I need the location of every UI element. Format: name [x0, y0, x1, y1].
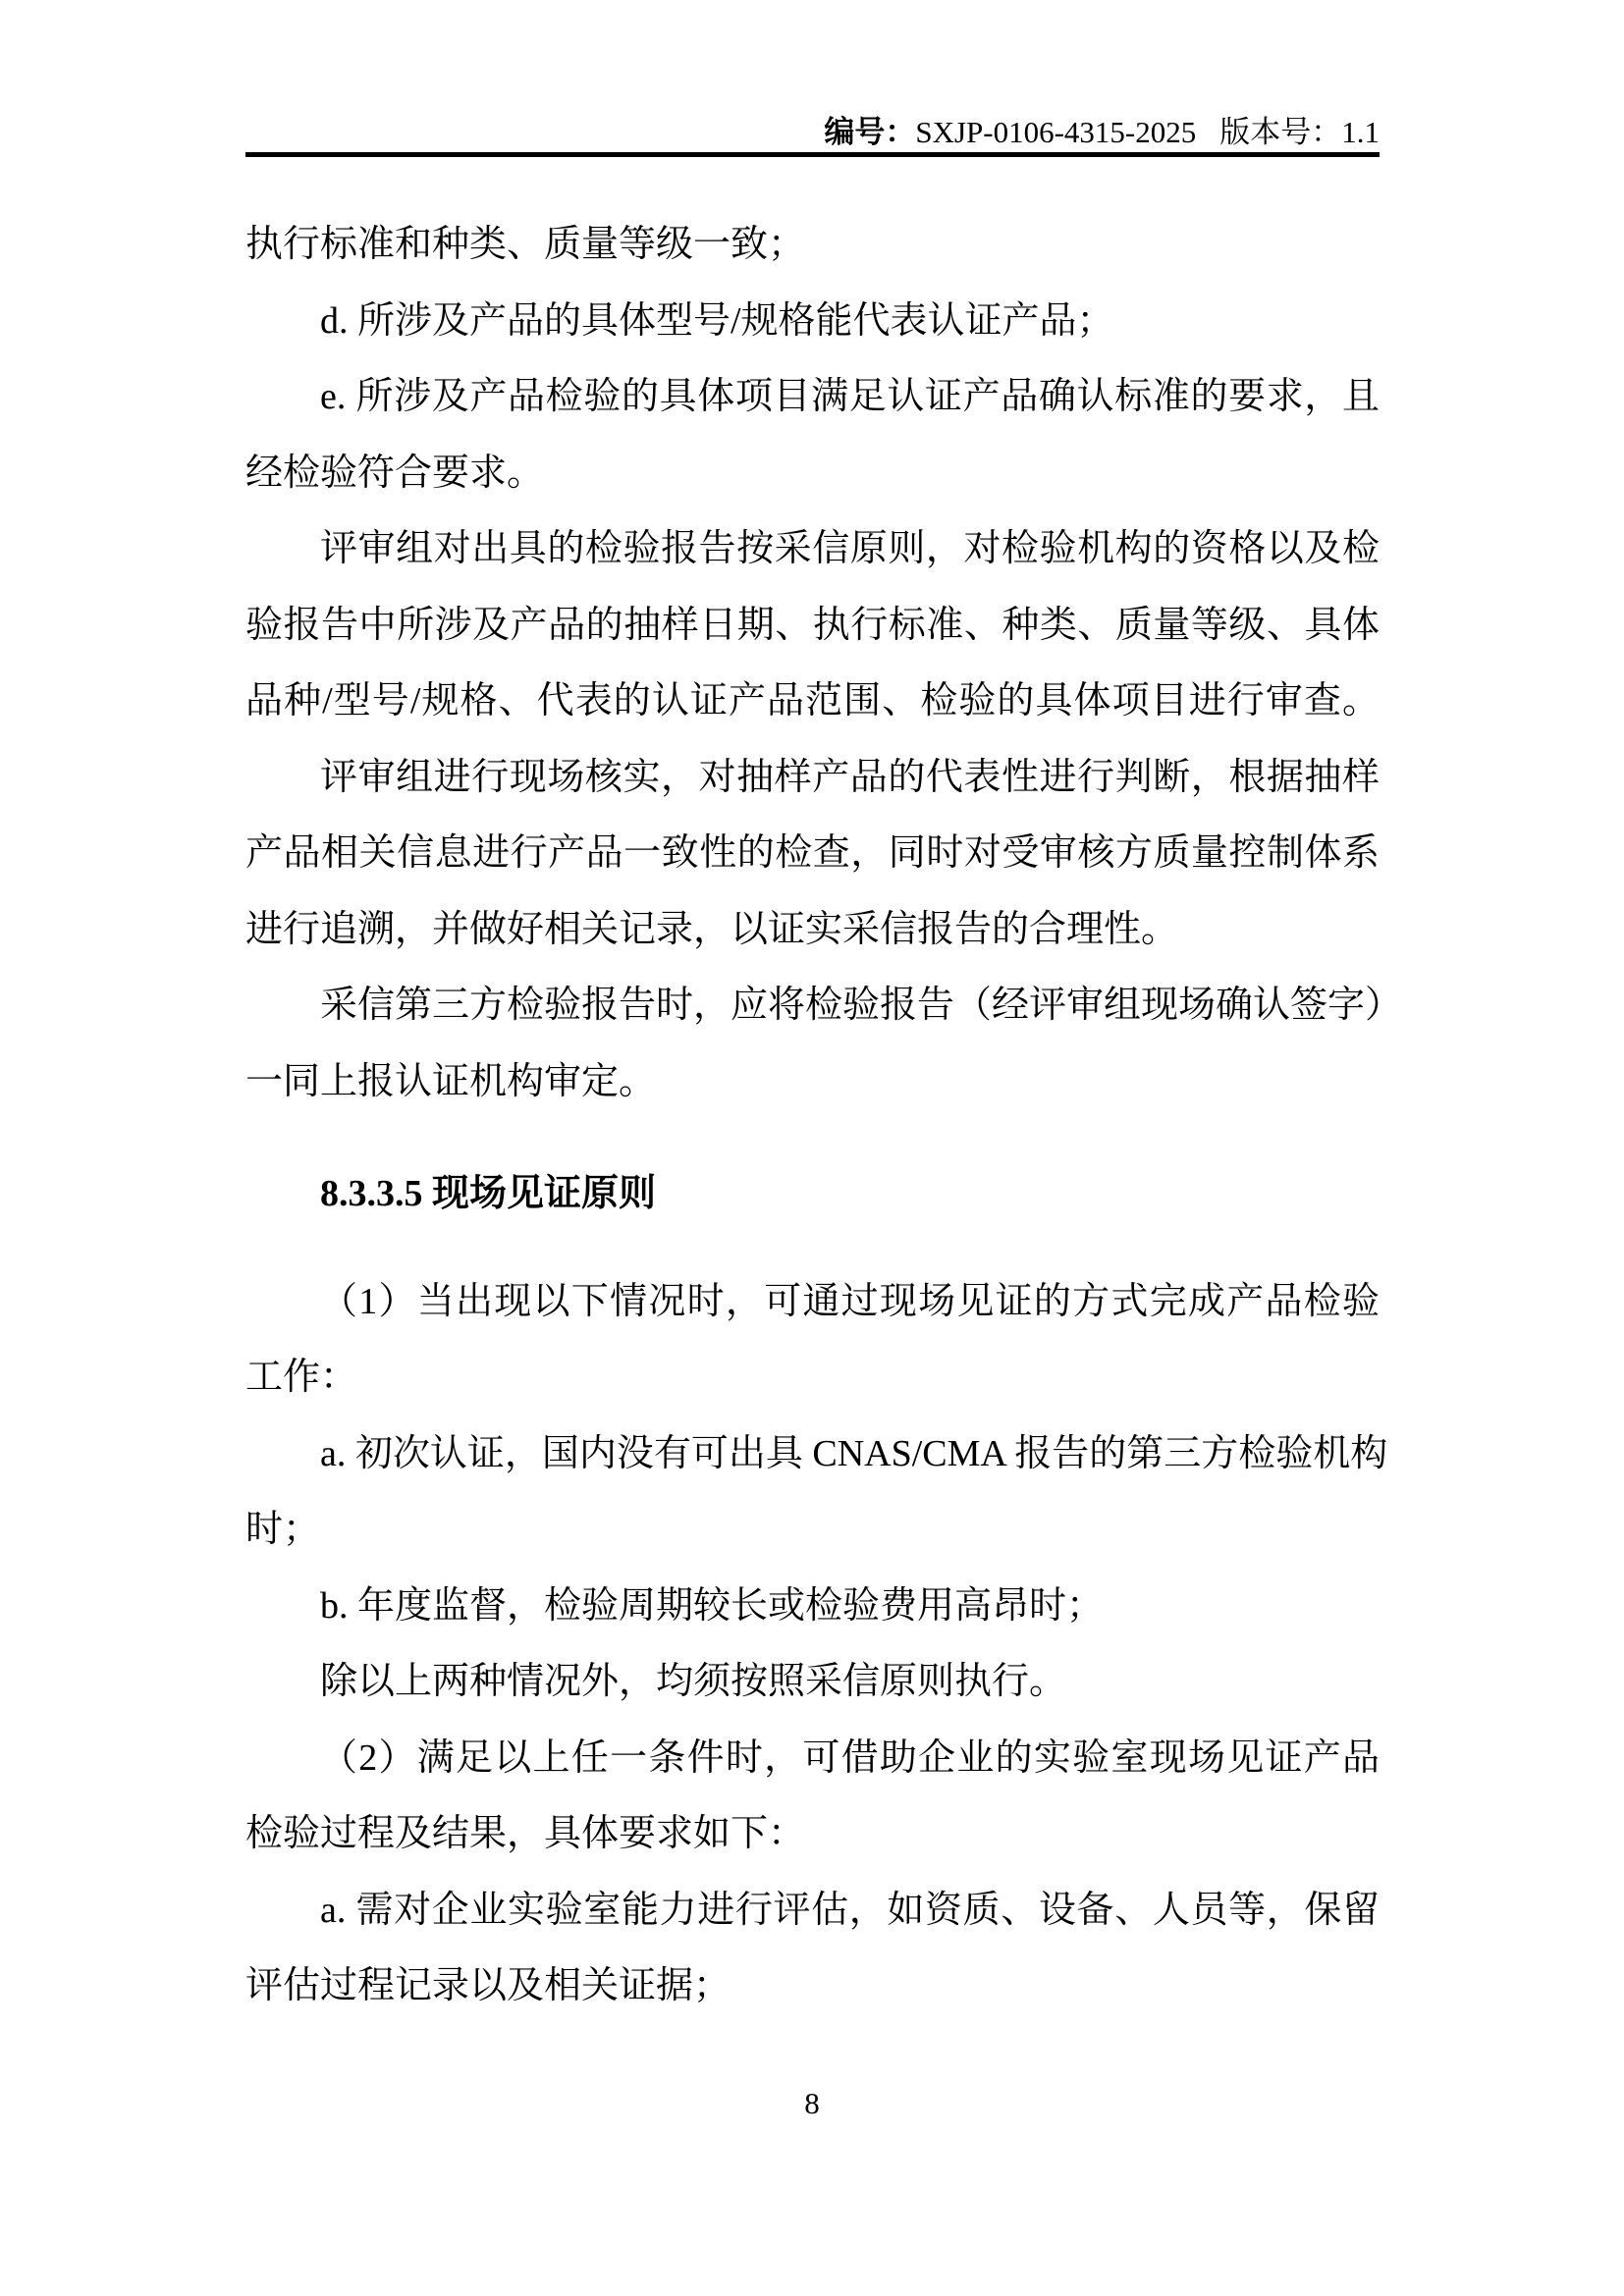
text-line: 执行标准和种类、质量等级一致；	[245, 207, 1380, 284]
doc-number-value: SXJP-0106-4315-2025	[915, 115, 1196, 149]
document-header: 编号：SXJP-0106-4315-2025版本号：1.1	[245, 114, 1380, 151]
header-rule	[245, 152, 1380, 157]
text-line: b. 年度监督，检验周期较长或检验费用高昂时；	[245, 1569, 1380, 1645]
text-line: 采信第三方检验报告时，应将检验报告（经评审组现场确认签字）	[245, 968, 1380, 1044]
text-line: （1）当出现以下情况时，可通过现场见证的方式完成产品检验	[245, 1264, 1380, 1341]
text-line: 时；	[245, 1492, 1380, 1569]
text-line: 工作：	[245, 1340, 1380, 1416]
text-line: 一同上报认证机构审定。	[245, 1044, 1380, 1121]
page-footer: 8	[0, 2085, 1624, 2122]
text-line: e. 所涉及产品检验的具体项目满足认证产品确认标准的要求，且	[245, 359, 1380, 436]
text-line: 品种/型号/规格、代表的认证产品范围、检验的具体项目进行审查。	[245, 664, 1380, 740]
version-value: 1.1	[1341, 115, 1380, 149]
text-line: a. 初次认证，国内没有可出具 CNAS/CMA 报告的第三方检验机构	[245, 1416, 1380, 1493]
page-number: 8	[804, 2086, 820, 2120]
section-heading: 8.3.3.5 现场见证原则	[245, 1156, 1380, 1233]
text-line: 评审组进行现场核实，对抽样产品的代表性进行判断，根据抽样	[245, 740, 1380, 817]
body-lines: 执行标准和种类、质量等级一致；d. 所涉及产品的具体型号/规格能代表认证产品；e…	[245, 207, 1380, 2025]
text-line: 产品相关信息进行产品一致性的检查，同时对受审核方质量控制体系	[245, 816, 1380, 892]
text-line: d. 所涉及产品的具体型号/规格能代表认证产品；	[245, 284, 1380, 360]
text-line: 除以上两种情况外，均须按照采信原则执行。	[245, 1644, 1380, 1721]
text-line: （2）满足以上任一条件时，可借助企业的实验室现场见证产品	[245, 1721, 1380, 1797]
doc-number-label: 编号：	[824, 115, 915, 149]
document-page: 编号：SXJP-0106-4315-2025版本号：1.1 执行标准和种类、质量…	[0, 0, 1624, 2296]
text-line: a. 需对企业实验室能力进行评估，如资质、设备、人员等，保留	[245, 1873, 1380, 1949]
text-line: 检验过程及结果，具体要求如下：	[245, 1796, 1380, 1873]
version-label: 版本号：	[1219, 115, 1341, 149]
text-line: 进行追溯，并做好相关记录，以证实采信报告的合理性。	[245, 892, 1380, 969]
text-line: 验报告中所涉及产品的抽样日期、执行标准、种类、质量等级、具体	[245, 588, 1380, 665]
text-line: 经检验符合要求。	[245, 436, 1380, 512]
text-line: 评审组对出具的检验报告按采信原则，对检验机构的资格以及检	[245, 511, 1380, 588]
text-line: 评估过程记录以及相关证据；	[245, 1949, 1380, 2025]
